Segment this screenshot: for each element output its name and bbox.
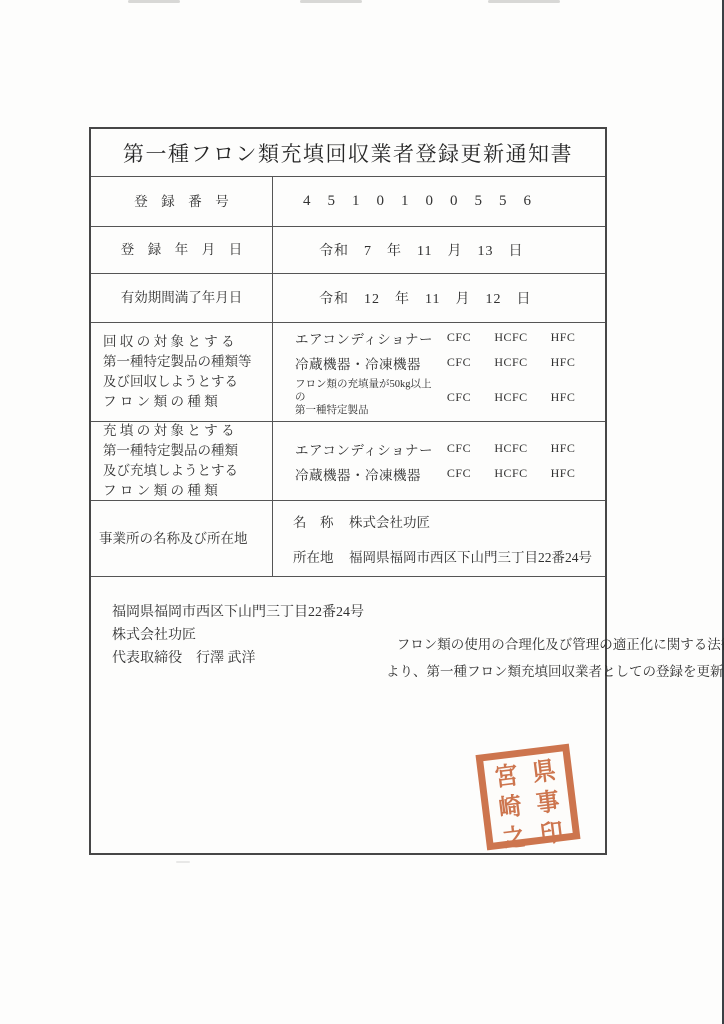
row-office: 事業所の名称及び所在地 名 称 株式会社功匠 所在地 福岡県福岡市西区下山門三丁… — [91, 501, 605, 577]
product-line: 冷蔵機器・冷凍機器 CFC HCFC HFC — [295, 464, 589, 484]
filling-label: 充 填 の 対 象 と す る 第一種特定製品の種類 及び充填しようとする フ … — [91, 422, 273, 500]
office-address: 福岡県福岡市西区下山門三丁目22番24号 — [349, 546, 592, 566]
product-line: フロン類の充填量が50kg以上の 第一種特定製品 CFC HCFC HFC — [295, 378, 589, 417]
scan-smudge — [176, 861, 190, 863]
registration-date-label: 登 録 年 月 日 — [91, 227, 273, 273]
product-line: エアコンディショナー CFC HCFC HFC — [295, 328, 589, 348]
product-line: エアコンディショナー CFC HCFC HFC — [295, 439, 589, 459]
refrigerant-type: HFC — [537, 355, 589, 370]
title-row: 第一種フロン類充填回収業者登録更新通知書 — [91, 129, 605, 177]
refrigerant-type: CFC — [433, 466, 485, 481]
refrigerant-type: HCFC — [485, 355, 537, 370]
product-name: フロン類の充填量が50kg以上の 第一種特定製品 — [295, 378, 433, 417]
scan-smudge — [128, 0, 180, 3]
notice-body-line: フロン類の使用の合理化及び管理の適正化に関する法律第30条第2項の規定に — [386, 631, 724, 658]
scanned-document-page: 第一種フロン類充填回収業者登録更新通知書 登 録 番 号 4510100556 … — [0, 0, 724, 1024]
office-name-key: 名 称 — [293, 511, 349, 531]
refrigerant-type: HFC — [537, 390, 589, 405]
seal-character: 之 — [492, 817, 535, 856]
refrigerant-type: CFC — [433, 330, 485, 345]
row-recovery-products: 回 収 の 対 象 と す る 第一種特定製品の種類等 及び回収しようとする フ… — [91, 323, 605, 422]
row-expiration-date: 有効期間満了年月日 令和 12 年 11 月 12 日 — [91, 274, 605, 323]
expiration-date-label: 有効期間満了年月日 — [91, 274, 273, 322]
product-name: エアコンディショナー — [295, 439, 433, 459]
row-registration-date: 登 録 年 月 日 令和 7 年 11 月 13 日 — [91, 227, 605, 274]
refrigerant-type: CFC — [433, 355, 485, 370]
document-title: 第一種フロン類充填回収業者登録更新通知書 — [123, 138, 573, 168]
filling-products-list: エアコンディショナー CFC HCFC HFC 冷蔵機器・冷凍機器 CFC HC… — [273, 422, 605, 500]
notice-body-line: より、第一種フロン類充填回収業者としての登録を更新したことを通知する。 — [386, 658, 724, 685]
scan-smudge — [488, 0, 560, 3]
office-label: 事業所の名称及び所在地 — [91, 501, 273, 576]
refrigerant-type: CFC — [433, 441, 485, 456]
row-registration-number: 登 録 番 号 4510100556 — [91, 177, 605, 227]
recovery-products-list: エアコンディショナー CFC HCFC HFC 冷蔵機器・冷凍機器 CFC HC… — [273, 323, 605, 421]
product-name: エアコンディショナー — [295, 328, 433, 348]
recipient-company: 株式会社功匠 — [112, 624, 364, 647]
product-line: 冷蔵機器・冷凍機器 CFC HCFC HFC — [295, 353, 589, 373]
row-filling-products: 充 填 の 対 象 と す る 第一種特定製品の種類 及び充填しようとする フ … — [91, 422, 605, 501]
registration-number-value: 4510100556 — [273, 177, 605, 226]
refrigerant-type: HCFC — [485, 330, 537, 345]
office-value: 名 称 株式会社功匠 所在地 福岡県福岡市西区下山門三丁目22番24号 — [273, 501, 605, 576]
refrigerant-type: HCFC — [485, 390, 537, 405]
seal-character: 印 — [530, 812, 573, 851]
office-address-line: 所在地 福岡県福岡市西区下山門三丁目22番24号 — [293, 546, 605, 566]
registration-date-value: 令和 7 年 11 月 13 日 — [273, 227, 605, 273]
recipient-representative: 代表取締役 行澤 武洋 — [112, 647, 364, 670]
refrigerant-type: HFC — [537, 441, 589, 456]
refrigerant-type: HCFC — [485, 466, 537, 481]
scan-smudge — [300, 0, 362, 3]
product-name: 冷蔵機器・冷凍機器 — [295, 464, 433, 484]
refrigerant-type: HCFC — [485, 441, 537, 456]
notice-form-table: 第一種フロン類充填回収業者登録更新通知書 登 録 番 号 4510100556 … — [89, 127, 607, 855]
expiration-date-value: 令和 12 年 11 月 12 日 — [273, 274, 605, 322]
product-name: 冷蔵機器・冷凍機器 — [295, 353, 433, 373]
refrigerant-type: HFC — [537, 466, 589, 481]
registration-number-label: 登 録 番 号 — [91, 177, 273, 226]
office-name: 株式会社功匠 — [349, 511, 430, 531]
recipient-block: 福岡県福岡市西区下山門三丁目22番24号 株式会社功匠 代表取締役 行澤 武洋 — [112, 601, 364, 809]
office-name-line: 名 称 株式会社功匠 — [293, 511, 605, 531]
recovery-label: 回 収 の 対 象 と す る 第一種特定製品の種類等 及び回収しようとする フ… — [91, 323, 273, 421]
refrigerant-type: CFC — [433, 390, 485, 405]
recipient-address: 福岡県福岡市西区下山門三丁目22番24号 — [112, 601, 364, 624]
refrigerant-type: HFC — [537, 330, 589, 345]
official-seal: 宮 県 崎 事 之 印 — [476, 744, 581, 851]
notice-section: 福岡県福岡市西区下山門三丁目22番24号 株式会社功匠 代表取締役 行澤 武洋 … — [91, 577, 605, 809]
office-address-key: 所在地 — [293, 546, 349, 566]
